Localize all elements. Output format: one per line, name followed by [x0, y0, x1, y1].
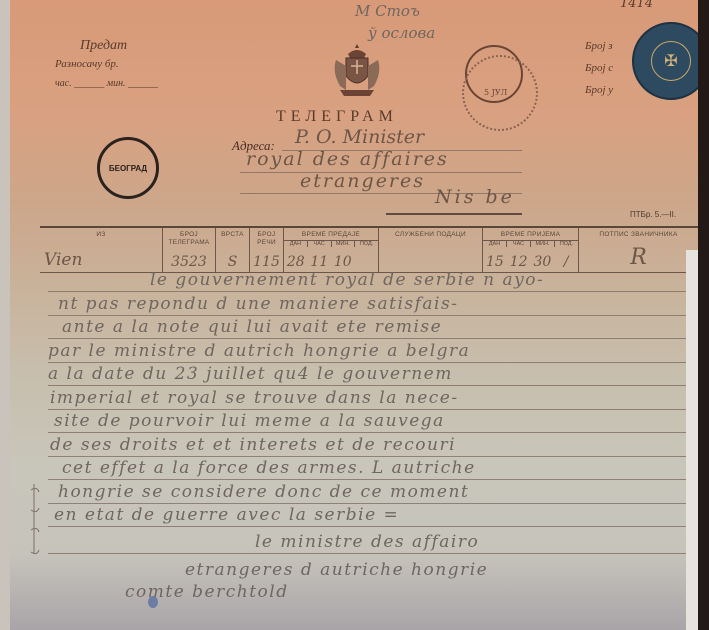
- potpis-value: R: [579, 245, 698, 270]
- predat-label: Предат: [80, 38, 127, 54]
- broj-label-3: Број у: [585, 84, 613, 96]
- ruled-line: [48, 526, 688, 527]
- archive-number: 1414: [620, 0, 653, 11]
- field-potpis: ПОТПИС ЗВАНИЧНИКА R: [578, 228, 698, 272]
- predaje-dan: 28: [284, 254, 308, 270]
- top-note-line2: ў ослова: [368, 24, 435, 42]
- telegram-title: Телеграм: [276, 108, 398, 126]
- predaje-pod: [355, 254, 379, 270]
- ruled-line: [48, 479, 688, 480]
- chas-min-label: час. ______ мин. ______: [55, 78, 158, 89]
- top-note-line1: M Стоъ: [355, 2, 420, 20]
- ruled-line: [48, 291, 688, 292]
- message-line: hongrie se considere donc de ce moment: [58, 482, 469, 502]
- field-vrsta: ВРСТА S: [215, 228, 249, 272]
- predaje-min: 10: [331, 254, 355, 270]
- rozmosu-label: Разносачу бр.: [55, 58, 119, 70]
- ruled-line: [48, 456, 688, 457]
- ink-spot: [148, 596, 158, 608]
- ruled-line: [48, 409, 688, 410]
- broj-telegrama-value: 3523: [163, 254, 215, 270]
- address-line-2: royal des affaires: [246, 148, 449, 170]
- message-line: cet effet a la force des armes. L autric…: [62, 458, 476, 478]
- prijema-pod: /: [554, 254, 578, 270]
- broj-label-2: Број с: [585, 62, 613, 74]
- photo-left-edge: [0, 0, 10, 630]
- broj-reci-value: 115: [250, 254, 283, 270]
- message-line: imperial et royal se trouve dans la nece…: [50, 388, 459, 408]
- royal-serbian-telegraph-seal: ✠: [632, 22, 698, 100]
- coat-of-arms-icon: [330, 42, 384, 102]
- message-line: le gouvernement royal de serbie n ayo-: [150, 270, 544, 290]
- signature-line: le ministre des affairo: [255, 532, 479, 552]
- iz-value: Vien: [40, 250, 162, 270]
- belgrade-stamp: БЕОГРАД: [97, 137, 159, 199]
- field-iz: ИЗ Vien: [40, 228, 162, 272]
- ruled-line: [48, 362, 688, 363]
- ruled-line: [48, 315, 688, 316]
- vrsta-value: S: [216, 254, 249, 270]
- message-line: ante a la note qui lui avait ete remise: [62, 317, 442, 337]
- message-line: par le ministre d autrich hongrie a belg…: [48, 341, 470, 361]
- message-line: en etat de guerre avec la serbie =: [54, 505, 399, 525]
- message-line: a la date du 23 juillet qu4 le gouvernem: [48, 364, 453, 384]
- field-vreme-prijema: ВРЕМЕ ПРИЈЕМА ДАНЧАСМИН.ПОД. 151230/: [482, 228, 578, 272]
- prijema-chas: 12: [507, 254, 531, 270]
- photo-right-paper-edge: [686, 250, 698, 630]
- margin-pencil-mark: [28, 480, 44, 560]
- ruled-line: [48, 385, 688, 386]
- prijema-min: 30: [531, 254, 555, 270]
- prijema-dan: 15: [483, 254, 507, 270]
- field-broj-telegrama: БРОЈ ТЕЛЕГРАМА 3523: [162, 228, 215, 272]
- message-line: nt pas repondu d une maniere satisfais-: [58, 294, 458, 314]
- field-broj-reci: БРОЈ РЕЧИ 115: [249, 228, 283, 272]
- telegram-paper: Предат Разносачу бр. час. ______ мин. __…: [10, 0, 698, 630]
- form-code: ПТБр. 5.—II.: [630, 210, 676, 219]
- photo-right-edge: [698, 0, 709, 630]
- address-line-4: Nis be: [435, 186, 515, 208]
- broj-label-1: Број з: [585, 40, 613, 52]
- address-line-1: P. O. Minister: [295, 126, 424, 148]
- address-line-3: etrangeres: [300, 170, 425, 192]
- field-sluzbeni-podaci: СЛУЖБЕНИ ПОДАЦИ: [378, 228, 482, 272]
- ruled-line: [48, 432, 688, 433]
- ruled-line: [48, 503, 688, 504]
- date-stamp-text: 5 ЈУЛ: [484, 88, 507, 97]
- seal-emblem-icon: ✠: [651, 41, 691, 81]
- predaje-chas: 11: [308, 254, 332, 270]
- field-vreme-predaje: ВРЕМЕ ПРЕДАЈЕ ДАНЧАСМИН.ПОД. 281110: [283, 228, 378, 272]
- message-line: site de pourvoir lui meme a la sauvega: [54, 411, 445, 431]
- telegram-form-header: ИЗ Vien БРОЈ ТЕЛЕГРАМА 3523 ВРСТА S БРОЈ…: [40, 226, 698, 273]
- message-line: de ses droits et et interets et de recou…: [50, 435, 456, 455]
- signature-line: etrangeres d autriche hongrie: [185, 560, 488, 580]
- ruled-line: [48, 338, 688, 339]
